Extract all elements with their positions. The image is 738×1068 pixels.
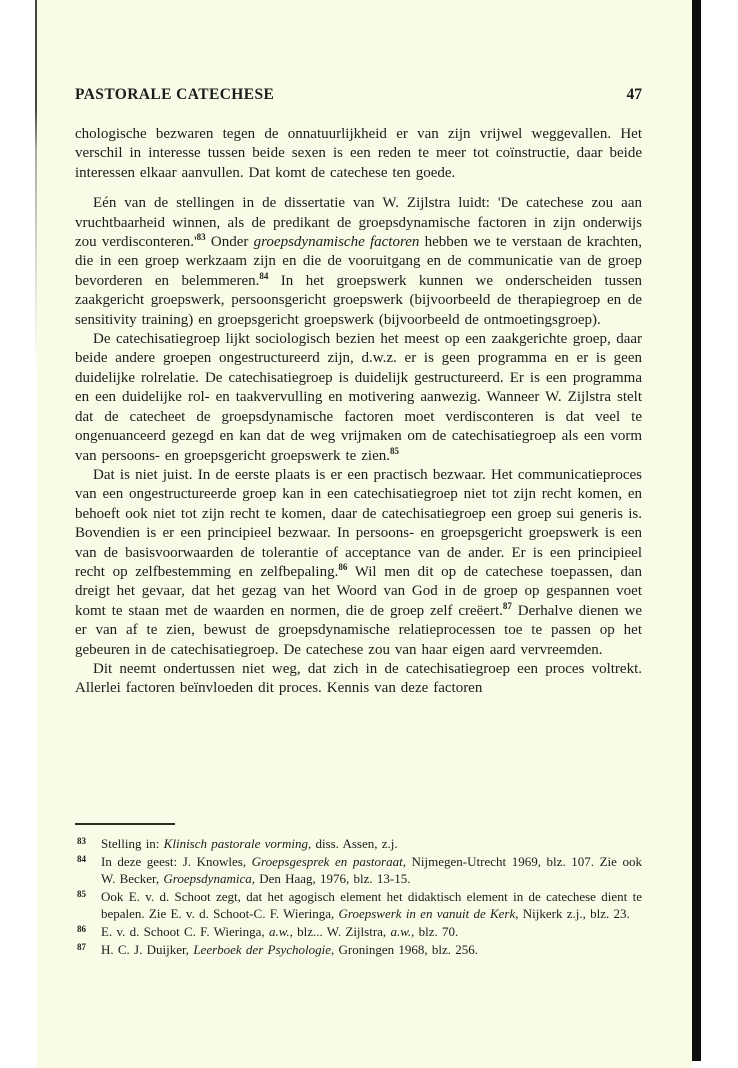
- text-run: , blz. 70.: [411, 924, 458, 939]
- footnote-marker: 85: [77, 886, 86, 904]
- paragraph: Dat is niet juist. In de eerste plaats i…: [75, 466, 642, 660]
- text-run: Stelling in:: [101, 836, 164, 851]
- text-run: Klinisch pastorale vorming: [164, 836, 308, 851]
- body-text: chologische bezwaren tegen de onnatuurli…: [75, 125, 642, 819]
- footnote-marker: 83: [77, 833, 86, 851]
- footnote: 87H. C. J. Duijker, Leerboek der Psychol…: [75, 941, 642, 959]
- page-edge-shadow: [692, 0, 701, 1061]
- text-run: , diss. Assen, z.j.: [308, 836, 398, 851]
- paragraph: Dit neemt ondertussen niet weg, dat zich…: [75, 660, 642, 699]
- footnote-marker: 84: [77, 851, 86, 869]
- text-run: In deze geest: J. Knowles,: [101, 854, 252, 869]
- text-run: Onder: [206, 234, 254, 250]
- paragraph: Eén van de stellingen in de dissertatie …: [75, 194, 642, 330]
- scanned-book-page: PASTORALE CATECHESE 47 chologische bezwa…: [0, 0, 738, 1068]
- footnote-ref: 86: [338, 562, 347, 572]
- paragraph: chologische bezwaren tegen de onnatuurli…: [75, 125, 642, 183]
- footnote: 84In deze geest: J. Knowles, Groepsgespr…: [75, 853, 642, 888]
- footnotes: 83Stelling in: Klinisch pastorale vormin…: [75, 835, 642, 958]
- running-header: PASTORALE CATECHESE 47: [75, 86, 642, 104]
- scan-edge-line: [35, 0, 37, 370]
- text-run: De catechisatiegroep lijkt sociologisch …: [75, 331, 642, 463]
- footnote: 83Stelling in: Klinisch pastorale vormin…: [75, 835, 642, 853]
- text-run: Dit neemt ondertussen niet weg, dat zich…: [75, 661, 642, 696]
- text-run: groepsdynamische factoren: [254, 234, 420, 250]
- text-run: , Groningen 1968, blz. 256.: [331, 942, 478, 957]
- running-header-title: PASTORALE CATECHESE: [75, 86, 274, 104]
- footnote: 85Ook E. v. d. Schoot zegt, dat het agog…: [75, 888, 642, 923]
- footnote-ref: 83: [197, 232, 206, 242]
- text-run: chologische bezwaren tegen de onnatuurli…: [75, 126, 642, 181]
- text-run: Groepsdynamica: [163, 871, 251, 886]
- footnote-ref: 85: [390, 446, 399, 456]
- text-run: , Nijkerk z.j., blz. 23.: [515, 906, 629, 921]
- footnote-separator: [75, 823, 175, 825]
- text-run: , Den Haag, 1976, blz. 13-15.: [252, 871, 411, 886]
- text-run: , blz... W. Zijlstra,: [290, 924, 391, 939]
- text-run: a.w.: [269, 924, 290, 939]
- page-number: 47: [627, 86, 643, 104]
- text-run: Groepswerk in en vanuit de Kerk: [339, 906, 516, 921]
- text-run: Leerboek der Psychologie: [193, 942, 331, 957]
- footnote-ref: 87: [503, 601, 512, 611]
- footnote: 86E. v. d. Schoot C. F. Wieringa, a.w., …: [75, 923, 642, 941]
- footnote-marker: 87: [77, 939, 86, 957]
- book-page: PASTORALE CATECHESE 47 chologische bezwa…: [37, 0, 692, 1068]
- text-run: a.w.: [390, 924, 411, 939]
- paragraph: De catechisatiegroep lijkt sociologisch …: [75, 330, 642, 466]
- text-run: E. v. d. Schoot C. F. Wieringa,: [101, 924, 269, 939]
- footnote-marker: 86: [77, 921, 86, 939]
- text-run: H. C. J. Duijker,: [101, 942, 193, 957]
- text-run: Groepsgesprek en pastoraat: [252, 854, 403, 869]
